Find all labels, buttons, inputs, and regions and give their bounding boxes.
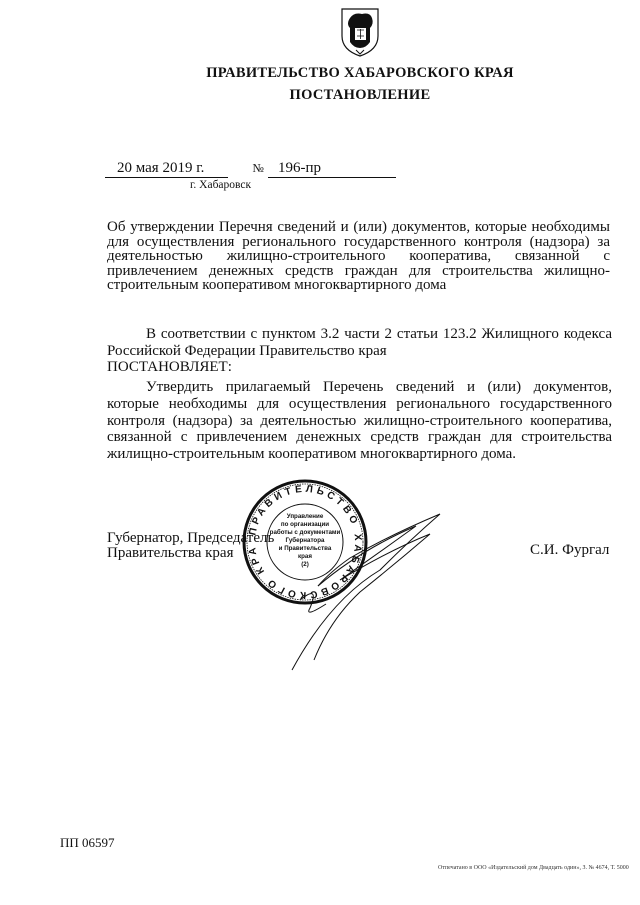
government-title: ПРАВИТЕЛЬСТВО ХАБАРОВСКОГО КРАЯ — [0, 65, 640, 82]
document-subject: Об утверждении Перечня сведений и (или) … — [107, 220, 610, 293]
printer-imprint: Отпечатано в ООО «Издательский дом Двадц… — [438, 865, 629, 871]
document-date: 20 мая 2019 г. — [105, 160, 228, 178]
number-sign: № — [228, 161, 268, 176]
resolution-paragraph: Утвердить прилагаемый Перечень сведений … — [107, 379, 612, 463]
document-code: ПП 06597 — [60, 835, 115, 851]
handwritten-signature — [270, 480, 450, 680]
preamble-paragraph: В соответствии с пунктом 3.2 части 2 ста… — [107, 326, 612, 360]
document-type: ПОСТАНОВЛЕНИЕ — [0, 87, 640, 104]
document-number: 196-пр — [268, 160, 396, 178]
coat-of-arms-icon — [336, 6, 384, 58]
signatory-name: С.И. Фургал — [530, 542, 609, 559]
resolves-heading: ПОСТАНОВЛЯЕТ: — [107, 359, 232, 376]
document-details: 20 мая 2019 г.№196-пр — [105, 160, 396, 178]
document-city: г. Хабаровск — [190, 179, 251, 191]
